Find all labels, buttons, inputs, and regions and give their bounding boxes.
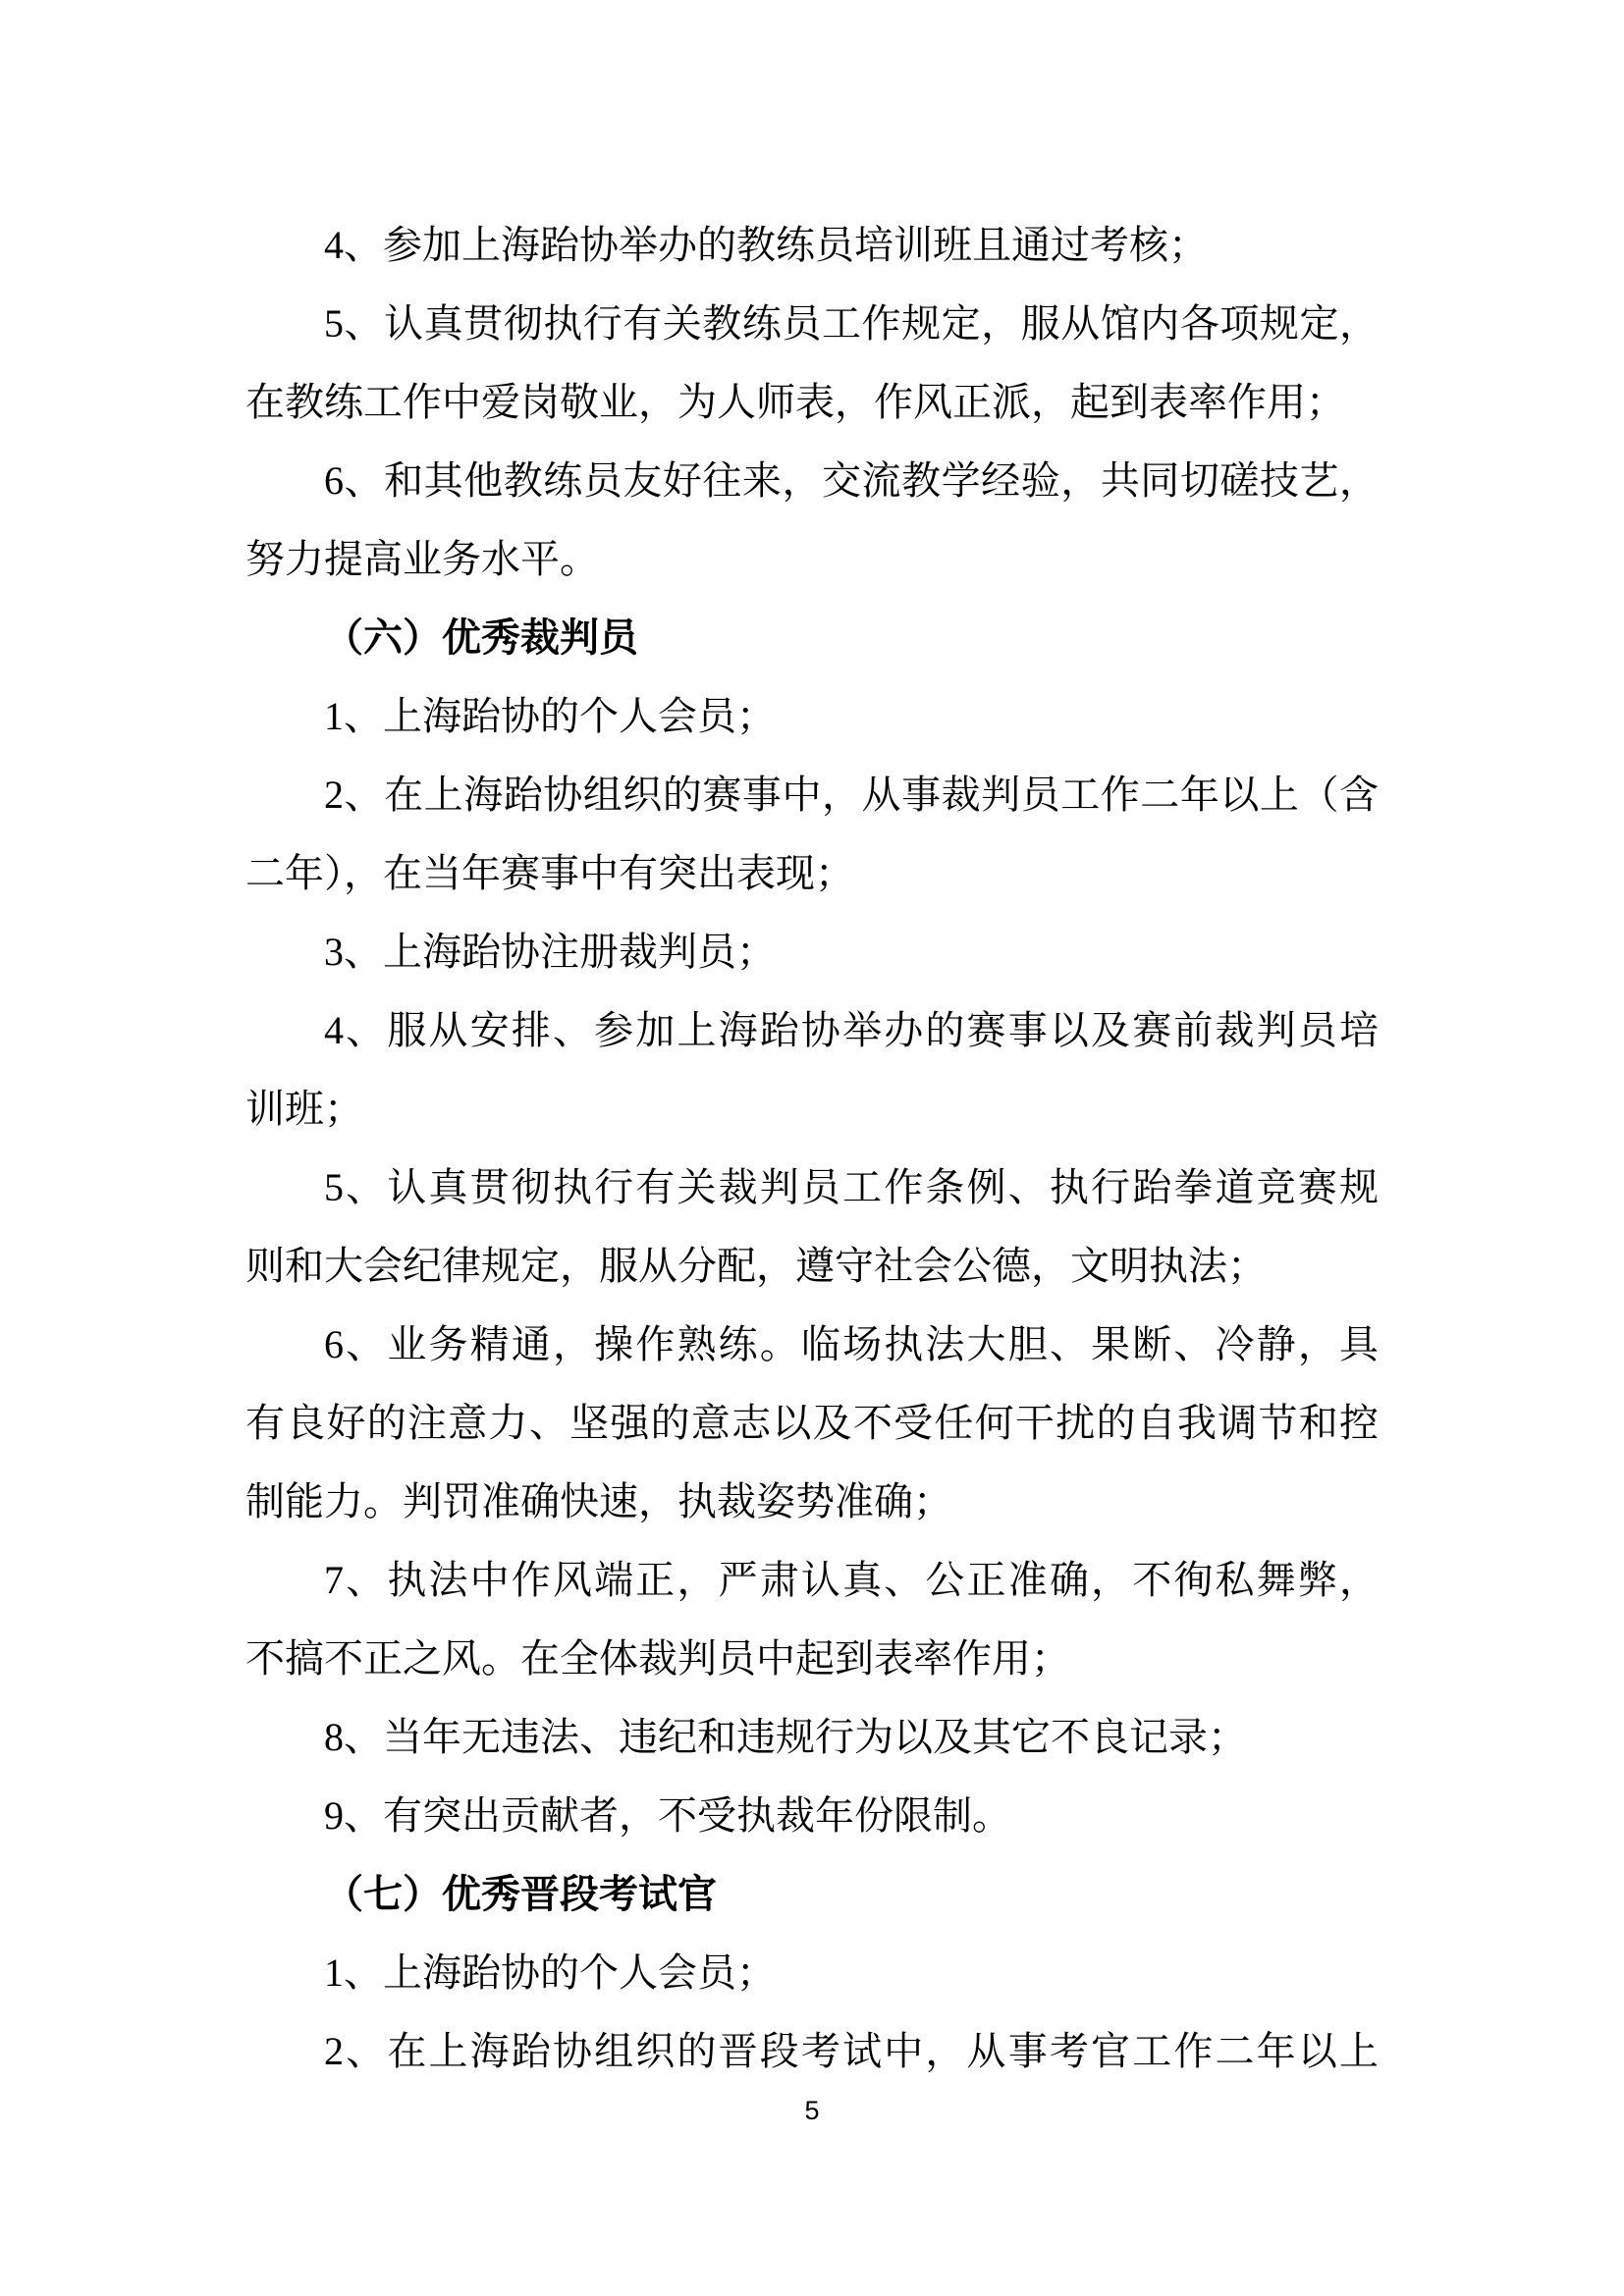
document-line: 训班； [245,1070,1379,1148]
document-line: 则和大会纪律规定，服从分配，遵守社会公德，文明执法； [245,1227,1379,1306]
document-line: 1、上海跆协的个人会员； [245,677,1379,756]
document-line: 6、和其他教练员友好往来，交流教学经验，共同切磋技艺， [245,442,1379,520]
document-line: 2、在上海跆协组织的赛事中，从事裁判员工作二年以上（含 [245,756,1379,834]
document-line: 在教练工作中爱岗敬业，为人师表，作风正派，起到表率作用； [245,363,1379,442]
document-line: 2、在上海跆协组织的晋段考试中，从事考官工作二年以上 [245,2012,1379,2091]
document-line: 二年），在当年赛事中有突出表现； [245,834,1379,913]
section-heading: （六）优秀裁判员 [245,599,1379,677]
document-line: 制能力。判罚准确快速，执裁姿势准确； [245,1463,1379,1541]
document-line: 4、服从安排、参加上海跆协举办的赛事以及赛前裁判员培 [245,991,1379,1070]
document-line: 不搞不正之风。在全体裁判员中起到表率作用； [245,1620,1379,1698]
page-number: 5 [804,2089,819,2132]
section-heading: （七）优秀晋段考试官 [245,1855,1379,1934]
document-line: 4、参加上海跆协举办的教练员培训班且通过考核； [245,206,1379,285]
document-body: 4、参加上海跆协举办的教练员培训班且通过考核；5、认真贯彻执行有关教练员工作规定… [245,206,1379,2091]
document-page: 4、参加上海跆协举办的教练员培训班且通过考核；5、认真贯彻执行有关教练员工作规定… [0,0,1624,2296]
document-line: 5、认真贯彻执行有关裁判员工作条例、执行跆拳道竞赛规 [245,1148,1379,1227]
document-line: 1、上海跆协的个人会员； [245,1934,1379,2012]
document-line: 7、执法中作风端正，严肃认真、公正准确，不徇私舞弊， [245,1541,1379,1620]
document-line: 6、业务精通，操作熟练。临场执法大胆、果断、冷静，具 [245,1306,1379,1384]
document-line: 3、上海跆协注册裁判员； [245,913,1379,991]
document-line: 努力提高业务水平。 [245,520,1379,599]
document-line: 9、有突出贡献者，不受执裁年份限制。 [245,1777,1379,1855]
page-footer: 5 [0,2089,1624,2132]
document-line: 有良好的注意力、坚强的意志以及不受任何干扰的自我调节和控 [245,1384,1379,1463]
document-line: 5、认真贯彻执行有关教练员工作规定，服从馆内各项规定， [245,285,1379,363]
document-line: 8、当年无违法、违纪和违规行为以及其它不良记录； [245,1698,1379,1777]
